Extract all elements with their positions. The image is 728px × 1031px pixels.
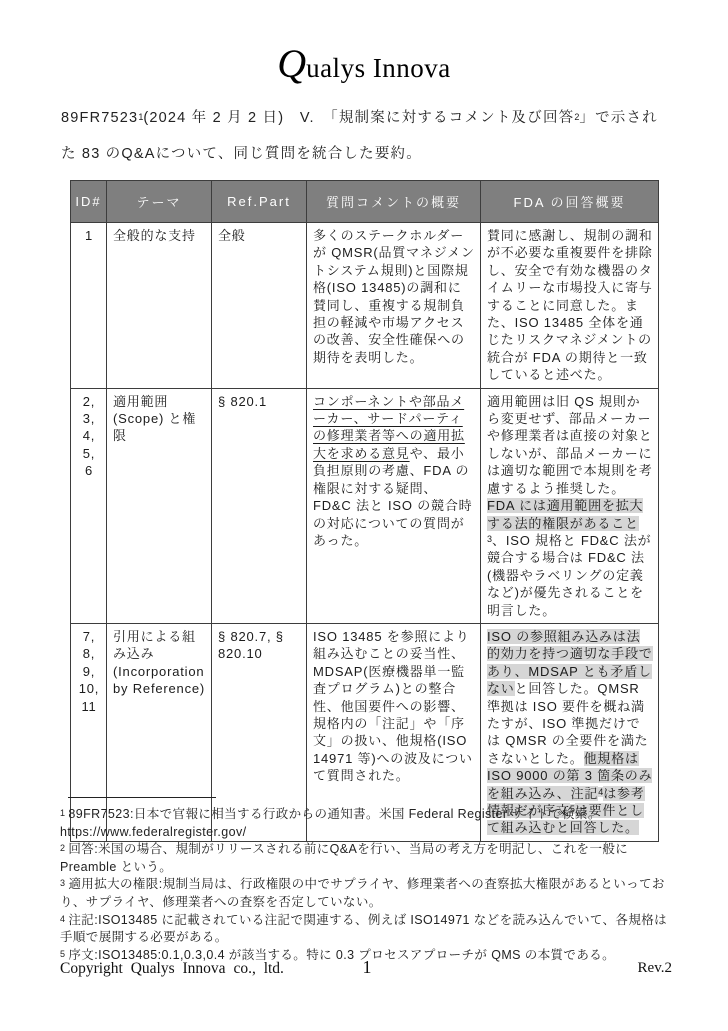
column-header-refpart: Ref.Part (212, 181, 307, 223)
cell-refpart: § 820.1 (212, 388, 307, 623)
cell-theme: 適用範囲 (Scope) と権限 (107, 388, 212, 623)
table-row: 2, 3, 4, 5, 6 適用範囲 (Scope) と権限 § 820.1 コ… (71, 388, 659, 623)
footnote-text: 適用拡大の権限:規制当局は、行政権限の中でサプライヤ、修理業者への査察拡大権限が… (60, 877, 665, 909)
logo-initial: Q (277, 41, 306, 86)
footnote-marker: 4 (60, 914, 68, 924)
table-row: 1 全般的な支持 全般 多くのステークホルダーが QMSR(品質マネジメントシス… (71, 223, 659, 389)
cell-question: コンポーネントや部品メーカー、サードパーティの修理業者等への適用拡大を求める意見… (307, 388, 481, 623)
footnote-marker: 1 (60, 808, 68, 818)
footnote-3: 3適用拡大の権限:規制当局は、行政権限の中でサプライヤ、修理業者への査察拡大権限… (60, 876, 674, 911)
company-logo: Qualys Innova (0, 44, 728, 84)
footnote-text: 注記:ISO13485 に記載されている注記で関連する、例えば ISO14971… (60, 913, 667, 945)
footnote-2: 2回答:米国の場合、規制がリリースされる前にQ&Aを行い、当局の考え方を明記し、… (60, 841, 674, 876)
footnote-marker: 3 (60, 878, 68, 888)
footnote-divider (68, 797, 216, 798)
qa-summary-table: ID# テーマ Ref.Part 質問コメントの概要 FDA の回答概要 1 全… (70, 180, 659, 842)
footnote-text: 89FR7523:日本で官報に相当する行政からの通知書。米国 Federal R… (60, 807, 601, 839)
cell-refpart: 全般 (212, 223, 307, 389)
copyright-text: Copyright Qualys Innova co., ltd. (60, 960, 284, 978)
column-header-question: 質問コメントの概要 (307, 181, 481, 223)
footnote-4: 4注記:ISO13485 に記載されている注記で関連する、例えば ISO1497… (60, 912, 674, 947)
cell-fda-answer: 適用範囲は旧 QS 規則から変更せず、部品メーカーや修理業者は直接の対象としない… (481, 388, 659, 623)
cell-question: 多くのステークホルダーが QMSR(品質マネジメントシステム規則)と国際規格(I… (307, 223, 481, 389)
footnote-1: 189FR7523:日本で官報に相当する行政からの通知書。米国 Federal … (60, 806, 674, 841)
column-header-fda-answer: FDA の回答概要 (481, 181, 659, 223)
cell-theme: 全般的な支持 (107, 223, 212, 389)
footnote-text: 回答:米国の場合、規制がリリースされる前にQ&Aを行い、当局の考え方を明記し、こ… (60, 842, 628, 874)
column-header-theme: テーマ (107, 181, 212, 223)
table-header-row: ID# テーマ Ref.Part 質問コメントの概要 FDA の回答概要 (71, 181, 659, 223)
logo-text: ualys Innova (306, 53, 451, 83)
footnotes-block: 189FR7523:日本で官報に相当する行政からの通知書。米国 Federal … (60, 806, 674, 964)
column-header-id: ID# (71, 181, 107, 223)
document-title: 89FR75231(2024 年 2 月 2 日) V. 「規制案に対するコメン… (61, 100, 673, 172)
footnote-marker: 2 (60, 843, 68, 853)
cell-fda-answer: 賛同に感謝し、規制の調和が不必要な重複要件を排除し、安全で有効な機器のタイムリー… (481, 223, 659, 389)
cell-id: 2, 3, 4, 5, 6 (71, 388, 107, 623)
document-page: Qualys Innova 89FR75231(2024 年 2 月 2 日) … (0, 0, 728, 1031)
revision-label: Rev.2 (638, 960, 672, 977)
cell-id: 1 (71, 223, 107, 389)
page-footer: 1 Copyright Qualys Innova co., ltd. Rev.… (60, 957, 674, 983)
